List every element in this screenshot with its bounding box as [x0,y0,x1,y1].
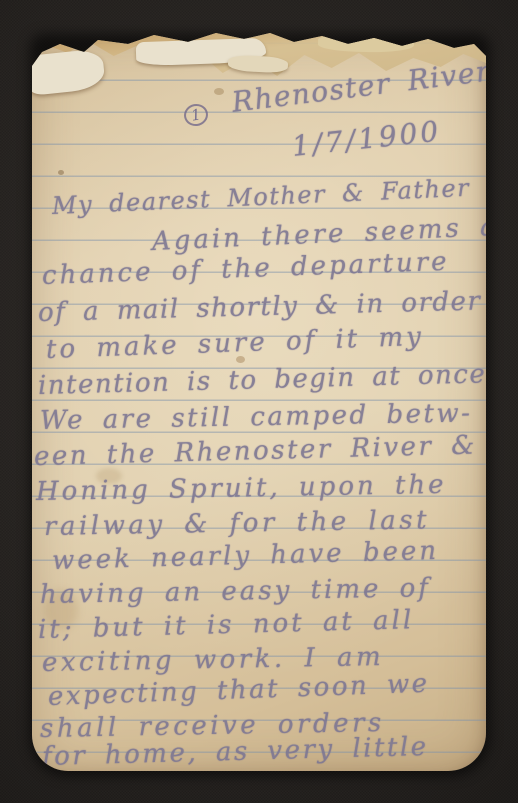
paper-stain [58,170,64,175]
paper-stain [214,88,224,95]
letter-page: 1 Rhenoster River 1/7/1900 My dearest Mo… [32,30,486,771]
photo-background: 1 Rhenoster River 1/7/1900 My dearest Mo… [0,0,518,803]
